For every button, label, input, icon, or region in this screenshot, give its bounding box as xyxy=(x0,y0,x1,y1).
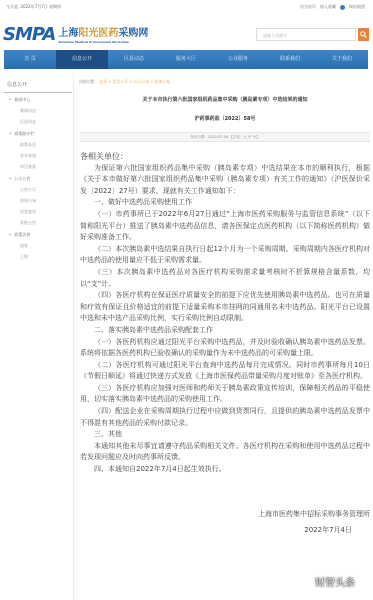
current-date: 今天是 2022年7月7日 星期四 xyxy=(6,4,61,10)
article-meta: 发布日期：2022-07-04 【字体：大 中 小】 xyxy=(80,132,370,142)
sidebar-item-news-updates[interactable]: 新闻动态 xyxy=(4,105,72,116)
sidebar-item-results[interactable]: 结果公布 xyxy=(4,195,72,206)
article-body: 各相关单位： 为保证第六批国家组织药品集中采购（胰岛素专项）中选结果在本市的顺利… xyxy=(80,151,370,476)
paragraph: （二）本次胰岛素中选结果自执行日起12个月为一个采购周期。采购周期内各医疗机构对… xyxy=(80,244,370,267)
article: 关于本市执行第六批国家组织药品集中采购（胰岛素专项）中选结果的通知 沪药事药监〔… xyxy=(80,92,370,538)
sidebar-item-notices[interactable]: 公告公示 xyxy=(4,184,72,195)
search-input[interactable]: 请输入关键字 xyxy=(256,28,356,41)
sidebar-group-regulations[interactable]: 政策法规 xyxy=(4,228,72,240)
date-text: 2022年7月7日 星期四 xyxy=(21,4,62,9)
nav-item-public-service[interactable]: 公众服务 xyxy=(212,50,264,69)
paragraph: （三）本次胰岛素中选药品对各医疗机构采购需求量考核时不折算规格含量系数，均以“支… xyxy=(80,267,370,290)
main-nav: 首 页 信息公开 区县动态 服务大厅 公众服务 联系我们 关于我们 xyxy=(4,50,368,69)
section-heading: 三、其他 xyxy=(80,429,370,441)
site-logo[interactable]: SMPA 上海阳光医药采购网 Sunshine Medical Procurem… xyxy=(3,26,148,44)
document-number: 沪药事药监〔2022〕58号 xyxy=(80,115,370,122)
nav-item-contact-us[interactable]: 联系我们 xyxy=(264,50,316,69)
top-info-bar: 今天是 2022年7月7日 星期四 设为首页 加入收藏 网站地图 xyxy=(0,0,373,14)
breadcrumb-path[interactable]: 首页 » 信息公开 » 公示公告 » 结果公布 xyxy=(99,79,170,84)
paragraph: （二）各医疗机构可通过阳光平台查询中选药品每月完成情况。同时市药事所每月10日（… xyxy=(80,360,370,383)
sidebar-item-enterprise-commitment[interactable]: 企业承诺 xyxy=(4,150,72,161)
logo-abbr: SMPA xyxy=(3,26,55,44)
breadcrumb: 当前位置： 首页 » 信息公开 » 公示公告 » 结果公布 xyxy=(78,79,170,85)
paragraph: （四）配送企业在采购周期执行过程中应做到货票同行，且提供的胰岛素中选药品发票中不… xyxy=(80,406,370,429)
sidebar-item-info-changes[interactable]: 信息变更 xyxy=(4,206,72,217)
sidebar-group-news[interactable]: 新闻中心 xyxy=(4,93,72,105)
logo-cn-gold: 阳光医药 xyxy=(78,28,118,39)
sidebar-item-project-view[interactable]: 项目查看 xyxy=(4,161,72,172)
watermark: 财智头条 xyxy=(300,574,355,589)
logo-chinese-name: 上海阳光医药采购网 xyxy=(58,28,148,40)
paragraph: 为保证第六批国家组织药品集中采购（胰岛素专项）中选结果在本市的顺利执行，根据《关… xyxy=(80,163,370,198)
nav-item-home[interactable]: 首 页 xyxy=(4,50,56,69)
nav-item-district-news[interactable]: 区县动态 xyxy=(108,50,160,69)
sidebar-item-district-updates[interactable]: 区县动态 xyxy=(4,116,72,127)
paragraph: 四、本通知自2022年7月4日起生效执行。 xyxy=(80,464,370,476)
signature-org: 上海市医药集中招标采购事务管理所 xyxy=(80,506,370,522)
sidebar-group-announcements[interactable]: 公示公告 xyxy=(4,172,72,184)
watermark-text: 财智头条 xyxy=(315,574,355,589)
breadcrumb-prefix: 当前位置： xyxy=(78,79,98,84)
paragraph: 本通知其他未尽事宜请遵守药品采购相关文件。各医疗机构在采购和使用中选药品过程中若… xyxy=(80,441,370,464)
sidebar-item-other-notices[interactable]: 其他公告 xyxy=(4,217,72,228)
today-label: 今天是 xyxy=(6,4,18,9)
globe-icon xyxy=(340,5,345,10)
sidebar-item-national[interactable]: 国家 xyxy=(4,240,72,251)
sidebar: 信息公开 新闻中心 新闻动态 区县动态 商業點专栏 政策办法 企业承诺 项目查看… xyxy=(4,76,72,600)
set-homepage-link[interactable]: 设为首页 xyxy=(300,4,316,10)
add-favorite-link[interactable]: 加入收藏 xyxy=(320,4,336,10)
site-header: SMPA 上海阳光医药采购网 Sunshine Medical Procurem… xyxy=(0,14,373,48)
wechat-bubble-icon xyxy=(300,578,312,586)
signature-block: 上海市医药集中招标采购事务管理所 2022年7月4日 xyxy=(80,506,370,538)
sidebar-title: 信息公开 xyxy=(4,76,72,93)
sidebar-group-special-column[interactable]: 商業點专栏 xyxy=(4,127,72,139)
sitemap-link[interactable]: 网站地图 xyxy=(349,4,365,10)
signature-date: 2022年7月4日 xyxy=(80,522,352,538)
nav-item-info-disclosure[interactable]: 信息公开 xyxy=(56,50,108,69)
salutation: 各相关单位： xyxy=(80,151,370,163)
logo-cn-part1: 上海 xyxy=(58,28,78,39)
sidebar-item-shanghai[interactable]: 上海 xyxy=(4,251,72,262)
logo-english-name: Sunshine Medical Procurement All-In-One xyxy=(58,40,148,44)
top-links: 设为首页 加入收藏 网站地图 xyxy=(300,4,365,10)
paragraph: （一）市药事所已于2022年6月27日通过“上海市医药采购服务与监管信息系统”（… xyxy=(80,209,370,244)
paragraph: （三）各医疗机构应加强对医师和药师关于胰岛素政策宣传培训，保障相关药品的平稳使用… xyxy=(80,383,370,406)
paragraph: （四）各医疗机构在保证医疗质量安全的前提下应优先使用胰岛素中选药品。也可在质量和… xyxy=(80,290,370,325)
logo-cn-part2: 采购网 xyxy=(118,28,148,39)
section-heading: 一、做好中选药品采购使用工作 xyxy=(80,197,370,209)
sidebar-item-policies[interactable]: 政策办法 xyxy=(4,139,72,150)
paragraph: （一）各医药机构应通过阳光平台采购中选药品，并及时验收确认胰岛素中选药品发票。系… xyxy=(80,337,370,360)
article-title: 关于本市执行第六批国家组织药品集中采购（胰岛素专项）中选结果的通知 xyxy=(80,96,370,103)
nav-item-about-us[interactable]: 关于我们 xyxy=(316,50,368,69)
section-heading: 二、落实胰岛素中选药品采购配套工作 xyxy=(80,325,370,337)
sidebar-divider xyxy=(73,76,74,600)
search-icon xyxy=(360,31,367,38)
nav-item-service-hall[interactable]: 服务大厅 xyxy=(160,50,212,69)
search-button[interactable] xyxy=(358,28,369,41)
